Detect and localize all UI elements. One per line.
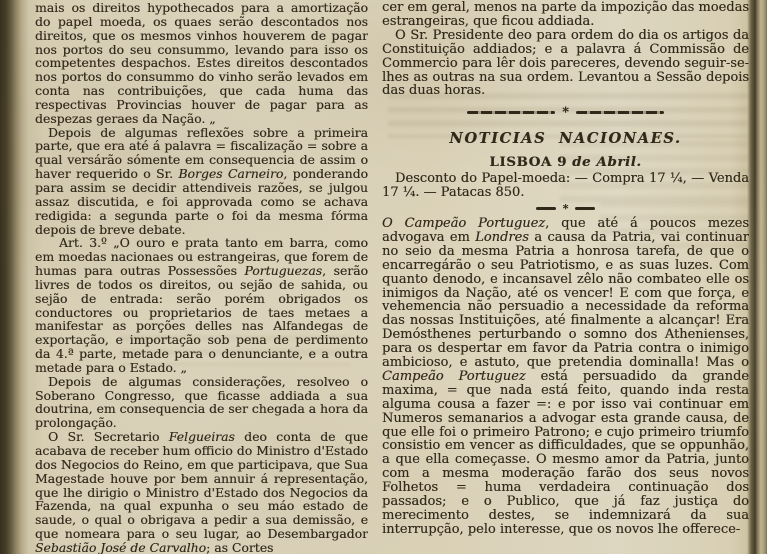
asterisk-ornament-icon: * [563,203,569,214]
dateline-lisboa: LISBOA 9de Abril. [382,156,749,170]
section-heading-noticias-nacionaes: NOTICIAS NACIONAES. [382,132,749,146]
divider-rule-right [576,111,664,114]
paragraph-president-order: O Sr. Presidente deo para ordem do dia o… [382,29,749,99]
paragraph-wine-duties: mais os direitos hypothecados para a amo… [35,1,368,126]
page-content: mais os direitos hypothecados para a amo… [35,0,749,554]
dateline-date: de Abril. [572,154,642,170]
asterisk-ornament-icon: * [562,106,569,119]
right-column: cer em geral, menos na parte da impoziçã… [382,0,749,554]
divider-rule-right [575,207,595,209]
paragraph-debate-first-part: Depois de algumas reflexões sobre a prim… [35,126,368,237]
paragraph-foreign-coin: cer em geral, menos na parte da impoziçã… [382,1,749,29]
divider-rule-left [467,111,555,114]
minor-divider-ornament: * [382,203,749,214]
section-divider-ornament: * [382,106,749,119]
paragraph-campeao-portuguez: O Campeão Portuguez, que até á poucos me… [382,217,749,537]
divider-rule-left [536,207,556,209]
paragraph-congress-adjourn: Depois de algumas considerações, resolve… [35,375,368,430]
left-column: mais os direitos hypothecados para a amo… [35,0,368,554]
paragraph-secretary-felgueiras: O Sr. Secretario Felgueiras deo conta de… [35,430,368,554]
paragraph-article-3: Art. 3.º „O ouro e prata tanto em barra,… [35,236,368,374]
paragraph-paper-money-rates: Desconto do Papel-moeda: — Compra 17 ¼, … [382,172,749,200]
dateline-place: LISBOA 9 [489,154,567,170]
newspaper-page-scan: mais os direitos hypothecados para a amo… [0,0,767,554]
